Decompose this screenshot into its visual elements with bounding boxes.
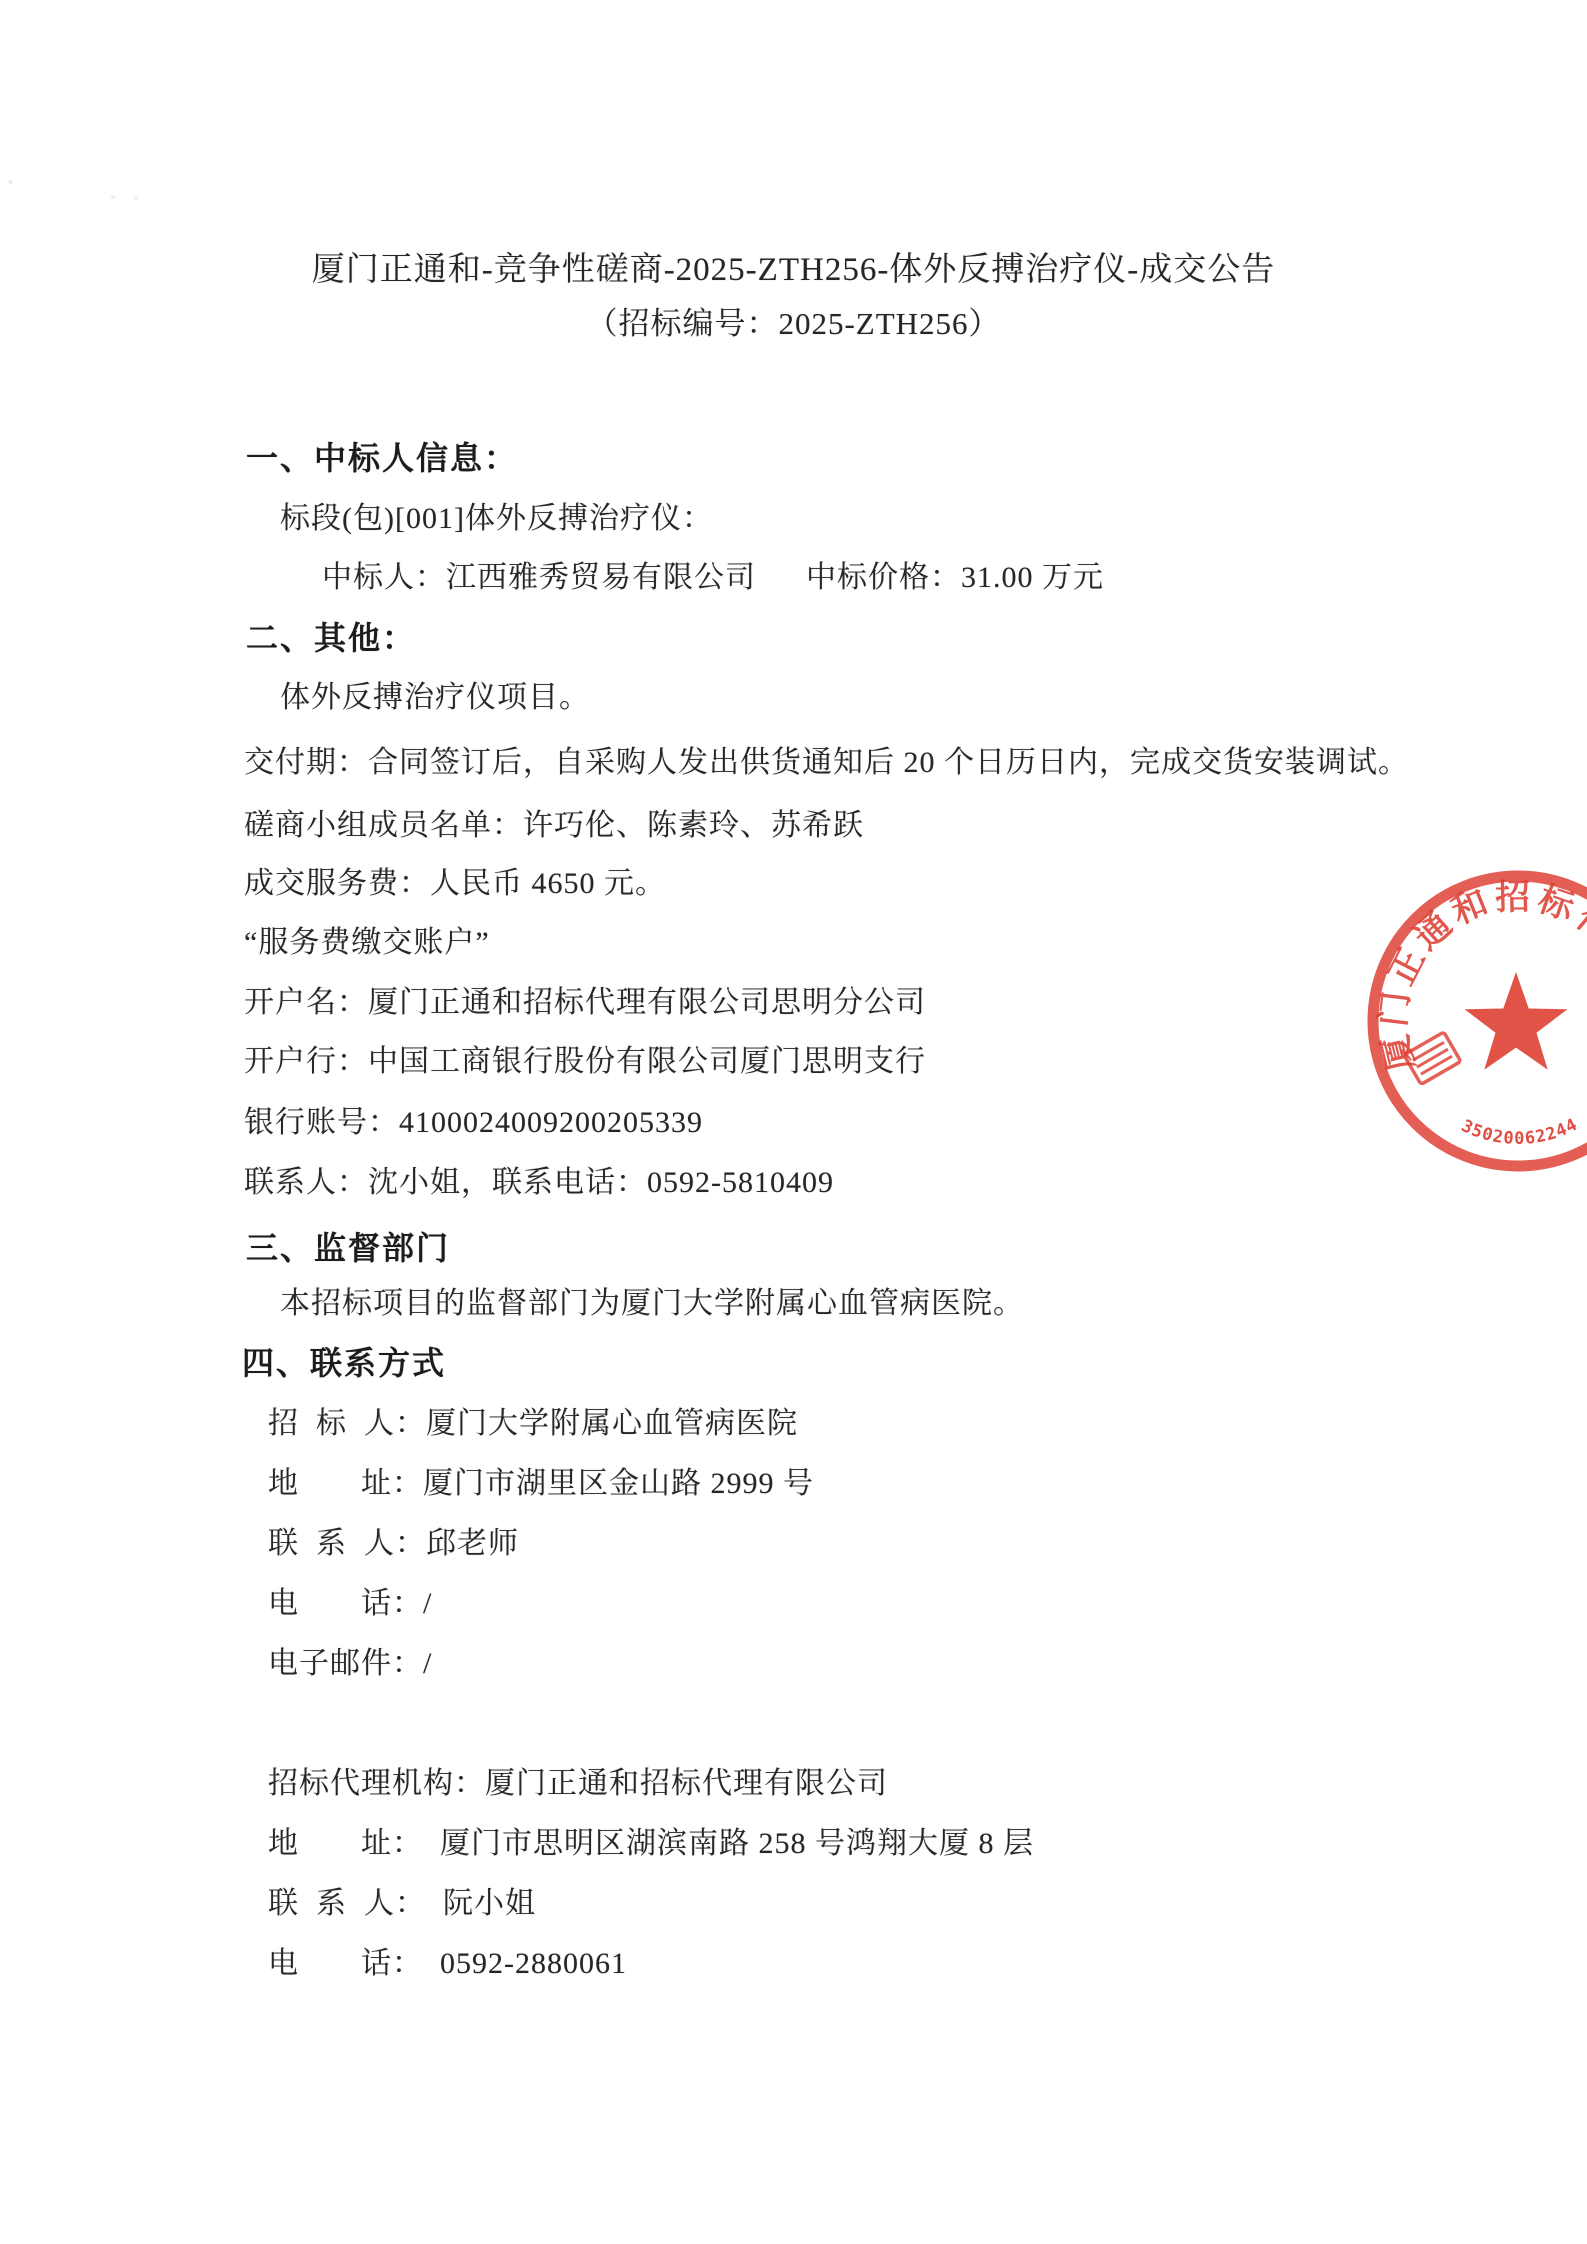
section3-heading: 三、监督部门: [246, 1223, 450, 1269]
tender-number: （招标编号：2025-ZTH256）: [0, 298, 1587, 343]
project-line: 体外反搏治疗仪项目。: [280, 672, 590, 716]
section2-heading: 二、其他：: [246, 613, 416, 659]
tenderer-email-line: 电子邮件：/: [268, 1638, 432, 1682]
section4-heading: 四、联系方式: [242, 1338, 446, 1384]
document-page: 厦门正通和-竞争性磋商-2025-ZTH256-体外反搏治疗仪-成交公告 （招标…: [0, 0, 1587, 2244]
winner-line: 中标人：江西雅秀贸易有限公司: [322, 552, 756, 596]
tenderer-name-line: 招 标 人：厦门大学附属心血管病医院: [268, 1398, 798, 1442]
tenderer-phone-line: 电 话：/: [268, 1578, 432, 1622]
red-seal-stamp: 厦门正通和招标代理 35020062244: [1366, 869, 1587, 1173]
red-seal-svg: 厦门正通和招标代理 35020062244: [1366, 869, 1587, 1173]
price-line: 中标价格：31.00 万元: [806, 552, 1104, 596]
agency-name-line: 招标代理机构：厦门正通和招标代理有限公司: [268, 1758, 888, 1802]
account-title-line: “服务费缴交账户”: [244, 917, 490, 961]
scan-artifact: [8, 180, 13, 184]
supervision-line: 本招标项目的监督部门为厦门大学附属心血管病医院。: [280, 1278, 1024, 1322]
agency-contactperson-line: 联 系 人： 阮小姐: [268, 1878, 536, 1922]
stamp-star-icon: [1465, 972, 1568, 1070]
tenderer-contact-line: 联 系 人：邱老师: [268, 1518, 519, 1562]
agency-contact-line: 联系人：沈小姐，联系电话：0592-5810409: [244, 1157, 834, 1201]
section1-heading: 一、中标人信息：: [246, 433, 518, 479]
scan-artifact: [110, 195, 116, 199]
document-title: 厦门正通和-竞争性磋商-2025-ZTH256-体外反搏治疗仪-成交公告: [0, 243, 1587, 290]
bank-line: 开户行：中国工商银行股份有限公司厦门思明支行: [244, 1036, 926, 1080]
agency-address-line: 地 址： 厦门市思明区湖滨南路 258 号鸿翔大厦 8 层: [268, 1818, 1034, 1862]
lot-line: 标段(包)[001]体外反搏治疗仪：: [280, 493, 713, 537]
tenderer-address-line: 地 址：厦门市湖里区金山路 2999 号: [268, 1458, 814, 1502]
account-name-line: 开户名：厦门正通和招标代理有限公司思明分公司: [244, 977, 926, 1021]
stamp-serial-digits: 35020062244: [1458, 1115, 1581, 1149]
agency-phone-line: 电 话： 0592-2880061: [268, 1938, 627, 1982]
panel-members-line: 磋商小组成员名单：许巧伦、陈素玲、苏希跃: [244, 800, 864, 844]
scan-artifact: [133, 196, 139, 200]
account-number-line: 银行账号：4100024009200205339: [244, 1097, 703, 1141]
stamp-arc-text: 厦门正通和招标代理: [1374, 878, 1587, 1075]
delivery-line: 交付期：合同签订后，自采购人发出供货通知后 20 个日历日内，完成交货安装调试。: [244, 737, 1409, 781]
service-fee-line: 成交服务费：人民币 4650 元。: [244, 858, 666, 902]
